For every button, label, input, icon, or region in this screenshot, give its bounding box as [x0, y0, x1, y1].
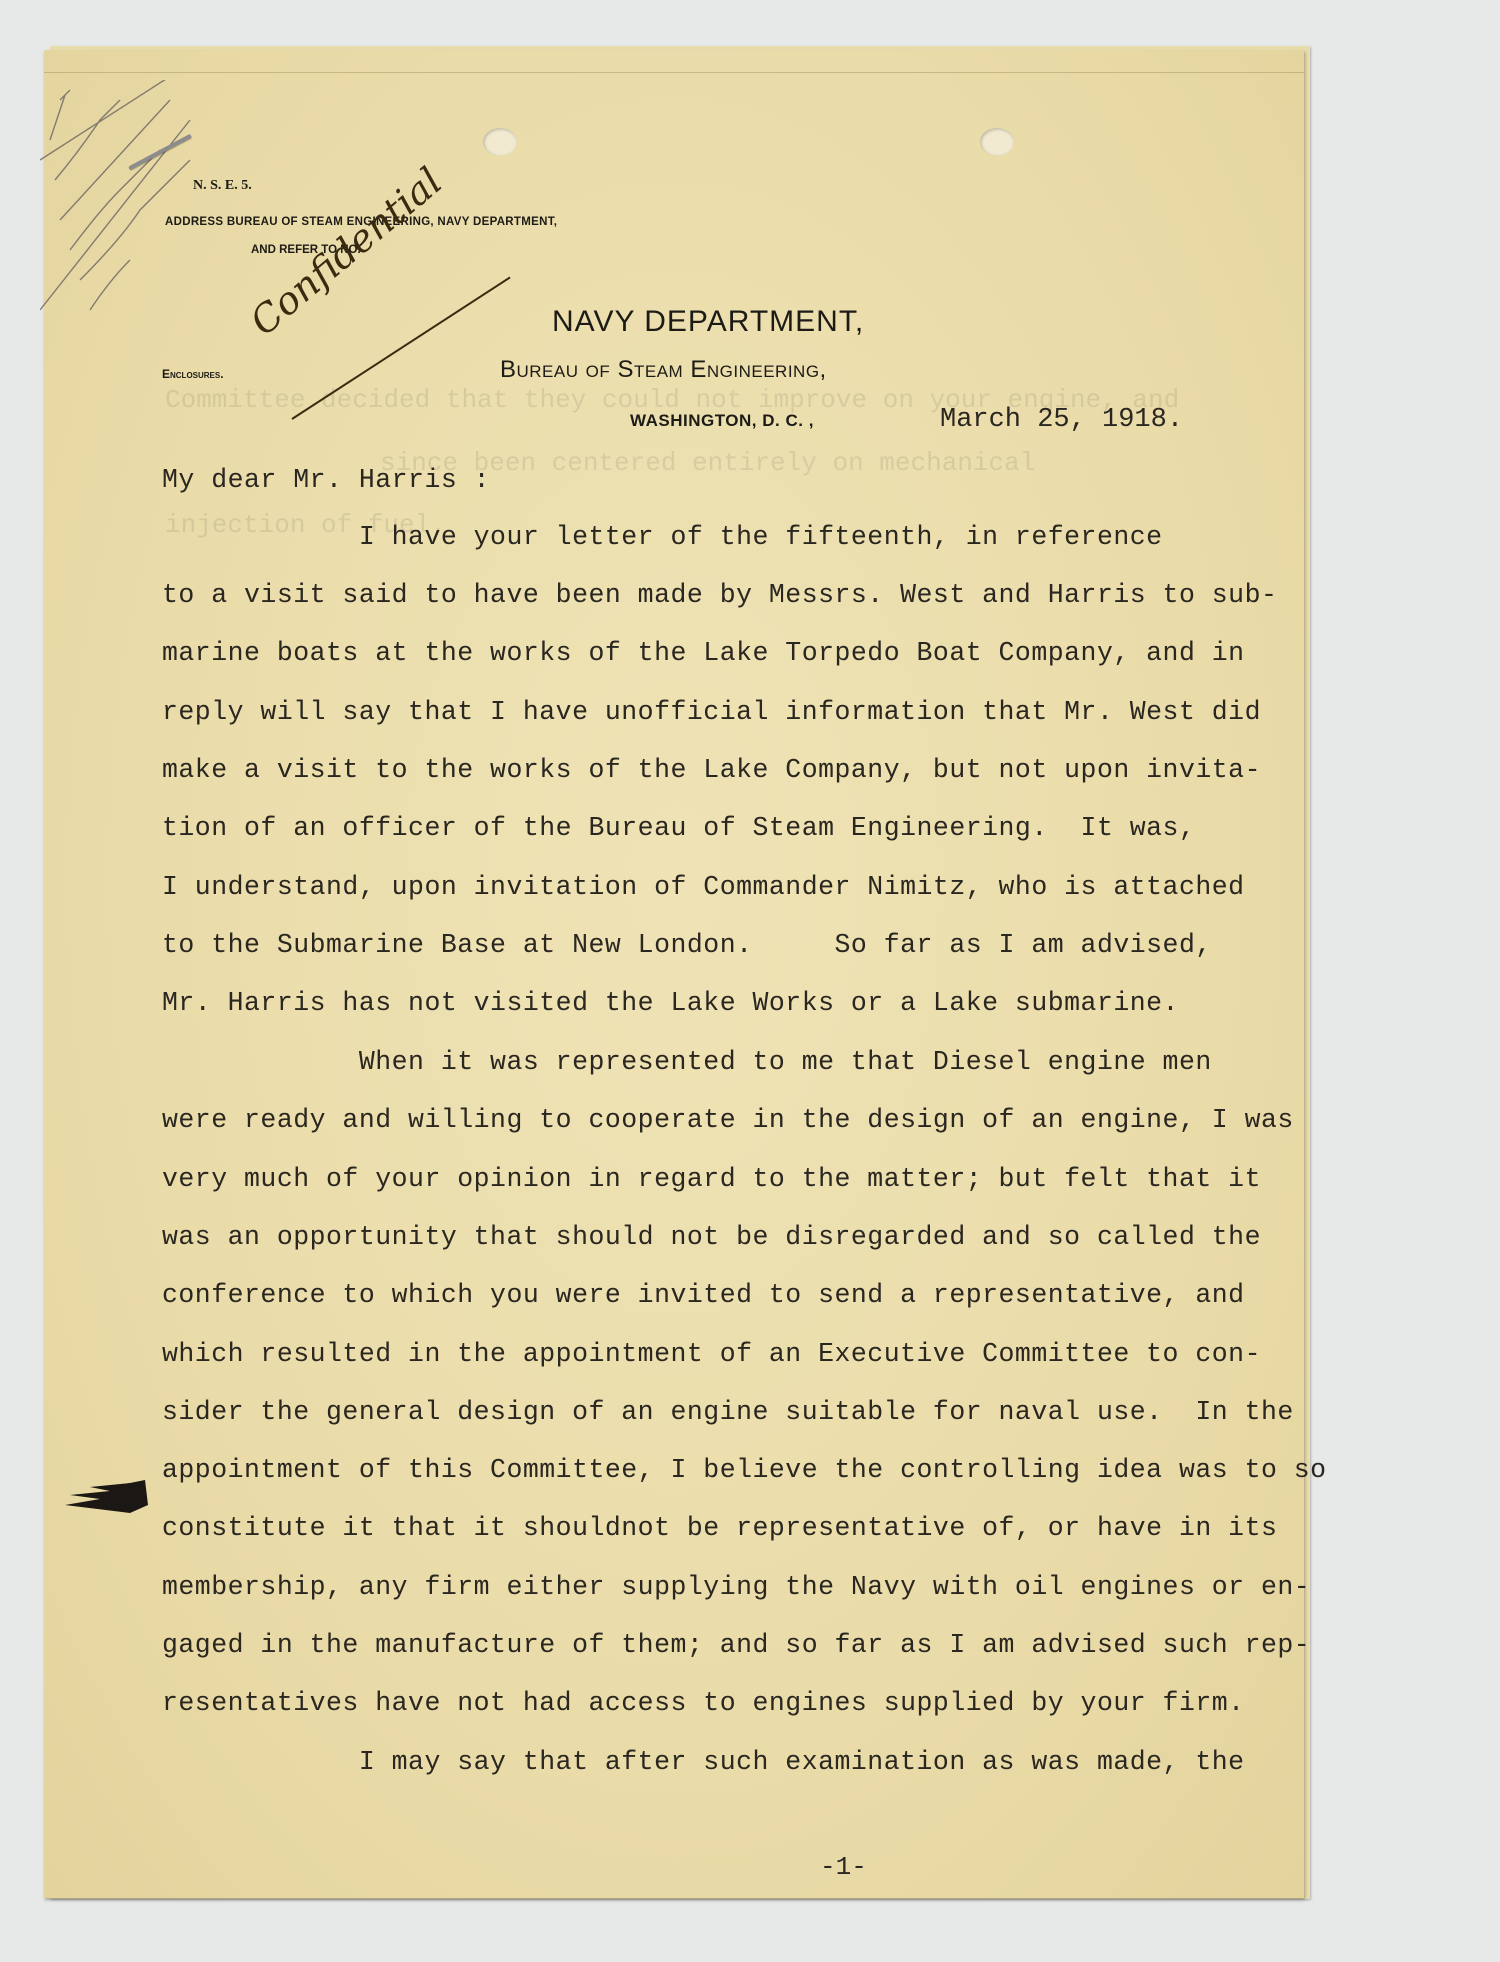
letter-line: I understand, upon invitation of Command… [162, 872, 1245, 902]
letter-date: March 25, 1918. [940, 405, 1183, 435]
letter-line: were ready and willing to cooperate in t… [162, 1105, 1294, 1135]
letter-line: marine boats at the works of the Lake To… [162, 638, 1245, 668]
location-line: WASHINGTON, D. C. , [630, 411, 814, 431]
letter-line: to a visit said to have been made by Mes… [162, 580, 1277, 610]
letter-line: conference to which you were invited to … [162, 1280, 1245, 1310]
letter-line: was an opportunity that should not be di… [162, 1222, 1261, 1252]
punch-hole-right [980, 128, 1014, 156]
letter-line: make a visit to the works of the Lake Co… [162, 755, 1261, 785]
letter-line: reply will say that I have unofficial in… [162, 697, 1261, 727]
letter-line: resentatives have not had access to engi… [162, 1688, 1245, 1718]
letter-line: I have your letter of the fifteenth, in … [162, 522, 1163, 552]
letter-line: which resulted in the appointment of an … [162, 1339, 1261, 1369]
ink-arrow-mark-icon [60, 1475, 150, 1515]
file-reference: N. S. E. 5. [193, 178, 252, 194]
letter-line: sider the general design of an engine su… [162, 1397, 1294, 1427]
letter-line: tion of an officer of the Bureau of Stea… [162, 813, 1195, 843]
department-heading: NAVY DEPARTMENT, [552, 305, 864, 339]
letter-line: Mr. Harris has not visited the Lake Work… [162, 988, 1179, 1018]
bureau-heading: Bureau of Steam Engineering, [500, 356, 827, 384]
letter-line: membership, any firm either supplying th… [162, 1572, 1310, 1602]
letter-line: gaged in the manufacture of them; and so… [162, 1630, 1310, 1660]
enclosures-label: Enclosures. [162, 367, 224, 381]
letter-line: constitute it that it shouldnot be repre… [162, 1513, 1277, 1543]
punch-hole-left [483, 128, 517, 156]
letter-line: I may say that after such examination as… [162, 1747, 1245, 1777]
letter-line: very much of your opinion in regard to t… [162, 1164, 1261, 1194]
top-fold-line [44, 72, 1304, 73]
letter-line: appointment of this Committee, I believe… [162, 1455, 1327, 1485]
letter-line: When it was represented to me that Diese… [162, 1047, 1212, 1077]
page-number: -1- [820, 1852, 867, 1882]
salutation: My dear Mr. Harris : [162, 465, 490, 495]
letter-line: to the Submarine Base at New London. So … [162, 930, 1212, 960]
